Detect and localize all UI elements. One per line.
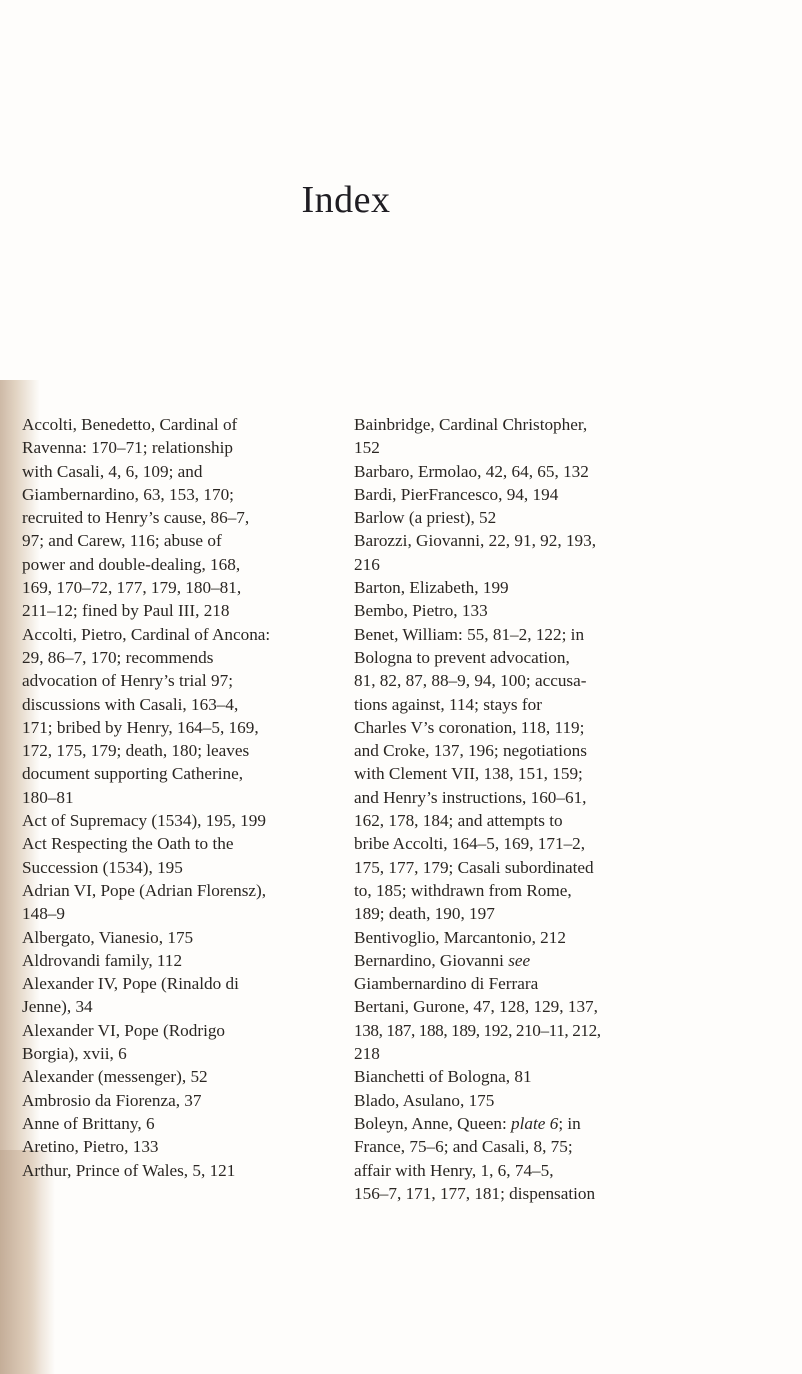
entry-line: Boleyn, Anne, Queen: plate 6; in	[378, 1112, 674, 1135]
entry-line: Barlow (a priest), 52	[378, 506, 674, 529]
entry-line: tions against, 114; stays for	[378, 693, 674, 716]
entry-line: Alexander IV, Pope (Rinaldo di	[46, 972, 342, 995]
entry-line: and Croke, 137, 196; negotiations	[378, 739, 674, 762]
entry-line: 175, 177, 179; Casali subordinated	[378, 856, 674, 879]
index-entry: Albergato, Vianesio, 175	[22, 926, 342, 949]
entry-line: 171; bribed by Henry, 164–5, 169,	[46, 716, 342, 739]
index-column-left: Accolti, Benedetto, Cardinal of Ravenna:…	[22, 413, 342, 1182]
page-title: Index	[0, 178, 692, 222]
entry-line: Bardi, PierFrancesco, 94, 194	[378, 483, 674, 506]
entry-line: Ambrosio da Fiorenza, 37	[46, 1089, 342, 1112]
index-entry: Blado, Asulano, 175	[354, 1089, 674, 1112]
index-entry: Anne of Brittany, 6	[22, 1112, 342, 1135]
entry-line: bribe Accolti, 164–5, 169, 171–2,	[378, 832, 674, 855]
entry-line: affair with Henry, 1, 6, 74–5,	[378, 1159, 674, 1182]
entry-text: Boleyn, Anne, Queen:	[354, 1114, 511, 1133]
index-entry: Alexander (messenger), 52	[22, 1065, 342, 1088]
entry-line: Barton, Elizabeth, 199	[378, 576, 674, 599]
index-entry: Arthur, Prince of Wales, 5, 121	[22, 1159, 342, 1182]
index-entry: Ambrosio da Fiorenza, 37	[22, 1089, 342, 1112]
entry-line: Bembo, Pietro, 133	[378, 599, 674, 622]
entry-line: Barozzi, Giovanni, 22, 91, 92, 193,	[378, 529, 674, 552]
entry-line: with Casali, 4, 6, 109; and	[46, 460, 342, 483]
entry-line: Charles V’s coronation, 118, 119;	[378, 716, 674, 739]
entry-line: 81, 82, 87, 88–9, 94, 100; accusa-	[378, 669, 674, 692]
entry-line: Blado, Asulano, 175	[378, 1089, 674, 1112]
index-entry: Bardi, PierFrancesco, 94, 194	[354, 483, 674, 506]
entry-line: Jenne), 34	[46, 995, 342, 1018]
entry-line: France, 75–6; and Casali, 8, 75;	[378, 1135, 674, 1158]
index-entry: Aldrovandi family, 112	[22, 949, 342, 972]
entry-line: Accolti, Pietro, Cardinal of Ancona:	[46, 623, 342, 646]
index-entry: Bertani, Gurone, 47, 128, 129, 137, 138,…	[354, 995, 674, 1065]
entry-line: Act Respecting the Oath to the	[46, 832, 342, 855]
entry-line: document supporting Catherine,	[46, 762, 342, 785]
entry-line: Aldrovandi family, 112	[46, 949, 342, 972]
entry-line: power and double-dealing, 168,	[46, 553, 342, 576]
entry-line: Bentivoglio, Marcantonio, 212	[378, 926, 674, 949]
index-entry: Barbaro, Ermolao, 42, 64, 65, 132	[354, 460, 674, 483]
entry-line: Barbaro, Ermolao, 42, 64, 65, 132	[378, 460, 674, 483]
entry-line: 29, 86–7, 170; recommends	[46, 646, 342, 669]
entry-line: 152	[378, 436, 674, 459]
entry-line: Bainbridge, Cardinal Christopher,	[378, 413, 674, 436]
entry-line: Succession (1534), 195	[46, 856, 342, 879]
entry-line: 172, 175, 179; death, 180; leaves	[46, 739, 342, 762]
index-entry: Barozzi, Giovanni, 22, 91, 92, 193, 216	[354, 529, 674, 576]
entry-line: Ravenna: 170–71; relationship	[46, 436, 342, 459]
entry-line: and Henry’s instructions, 160–61,	[378, 786, 674, 809]
entry-line: Bertani, Gurone, 47, 128, 129, 137,	[378, 995, 674, 1018]
entry-line: Bologna to prevent advocation,	[378, 646, 674, 669]
entry-line: 189; death, 190, 197	[378, 902, 674, 925]
page-gutter-shadow-lower	[0, 1150, 55, 1374]
entry-line: Alexander (messenger), 52	[46, 1065, 342, 1088]
entry-line: with Clement VII, 138, 151, 159;	[378, 762, 674, 785]
entry-line: to, 185; withdrawn from Rome,	[378, 879, 674, 902]
entry-line: Alexander VI, Pope (Rodrigo	[46, 1019, 342, 1042]
index-column-right: Bainbridge, Cardinal Christopher, 152 Ba…	[354, 413, 674, 1205]
index-entry: Act of Supremacy (1534), 195, 199	[22, 809, 342, 832]
entry-line: Aretino, Pietro, 133	[46, 1135, 342, 1158]
entry-line: Accolti, Benedetto, Cardinal of	[46, 413, 342, 436]
entry-line: Bianchetti of Bologna, 81	[378, 1065, 674, 1088]
index-entry: Barton, Elizabeth, 199	[354, 576, 674, 599]
entry-line: Benet, William: 55, 81–2, 122; in	[378, 623, 674, 646]
entry-line: 169, 170–72, 177, 179, 180–81,	[46, 576, 342, 599]
entry-line: Arthur, Prince of Wales, 5, 121	[46, 1159, 342, 1182]
entry-line: 180–81	[46, 786, 342, 809]
index-entry: Act Respecting the Oath to the Successio…	[22, 832, 342, 879]
index-entry: Adrian VI, Pope (Adrian Florensz), 148–9	[22, 879, 342, 926]
entry-line: Giambernardino di Ferrara	[378, 972, 674, 995]
entry-line: advocation of Henry’s trial 97;	[46, 669, 342, 692]
entry-line: 216	[378, 553, 674, 576]
index-entry: Benet, William: 55, 81–2, 122; in Bologn…	[354, 623, 674, 926]
entry-line: Bernardino, Giovanni see	[378, 949, 674, 972]
entry-line: Borgia), xvii, 6	[46, 1042, 342, 1065]
entry-line: 156–7, 171, 177, 181; dispensation	[378, 1182, 674, 1205]
entry-line: Adrian VI, Pope (Adrian Florensz),	[46, 879, 342, 902]
entry-line: 211–12; fined by Paul III, 218	[46, 599, 342, 622]
index-entry: Alexander VI, Pope (Rodrigo Borgia), xvi…	[22, 1019, 342, 1066]
entry-line: 138, 187, 188, 189, 192, 210–11, 212,	[378, 1019, 674, 1042]
entry-line: Act of Supremacy (1534), 195, 199	[46, 809, 342, 832]
index-entry: Accolti, Pietro, Cardinal of Ancona: 29,…	[22, 623, 342, 809]
index-entry: Bernardino, Giovanni see Giambernardino …	[354, 949, 674, 996]
entry-line: 148–9	[46, 902, 342, 925]
entry-line: 162, 178, 184; and attempts to	[378, 809, 674, 832]
index-entry: Bembo, Pietro, 133	[354, 599, 674, 622]
index-entry: Accolti, Benedetto, Cardinal of Ravenna:…	[22, 413, 342, 623]
index-entry: Barlow (a priest), 52	[354, 506, 674, 529]
plate-reference: plate 6	[511, 1114, 558, 1133]
entry-line: 218	[378, 1042, 674, 1065]
entry-line: Anne of Brittany, 6	[46, 1112, 342, 1135]
index-entry: Bianchetti of Bologna, 81	[354, 1065, 674, 1088]
see-reference: see	[508, 951, 530, 970]
entry-line: Albergato, Vianesio, 175	[46, 926, 342, 949]
index-entry: Bainbridge, Cardinal Christopher, 152	[354, 413, 674, 460]
index-entry: Alexander IV, Pope (Rinaldo di Jenne), 3…	[22, 972, 342, 1019]
entry-line: recruited to Henry’s cause, 86–7,	[46, 506, 342, 529]
index-entry: Boleyn, Anne, Queen: plate 6; in France,…	[354, 1112, 674, 1205]
entry-text: Bernardino, Giovanni	[354, 951, 508, 970]
index-entry: Aretino, Pietro, 133	[22, 1135, 342, 1158]
entry-line: discussions with Casali, 163–4,	[46, 693, 342, 716]
entry-text: ; in	[558, 1114, 580, 1133]
entry-line: Giambernardino, 63, 153, 170;	[46, 483, 342, 506]
index-entry: Bentivoglio, Marcantonio, 212	[354, 926, 674, 949]
entry-line: 97; and Carew, 116; abuse of	[46, 529, 342, 552]
